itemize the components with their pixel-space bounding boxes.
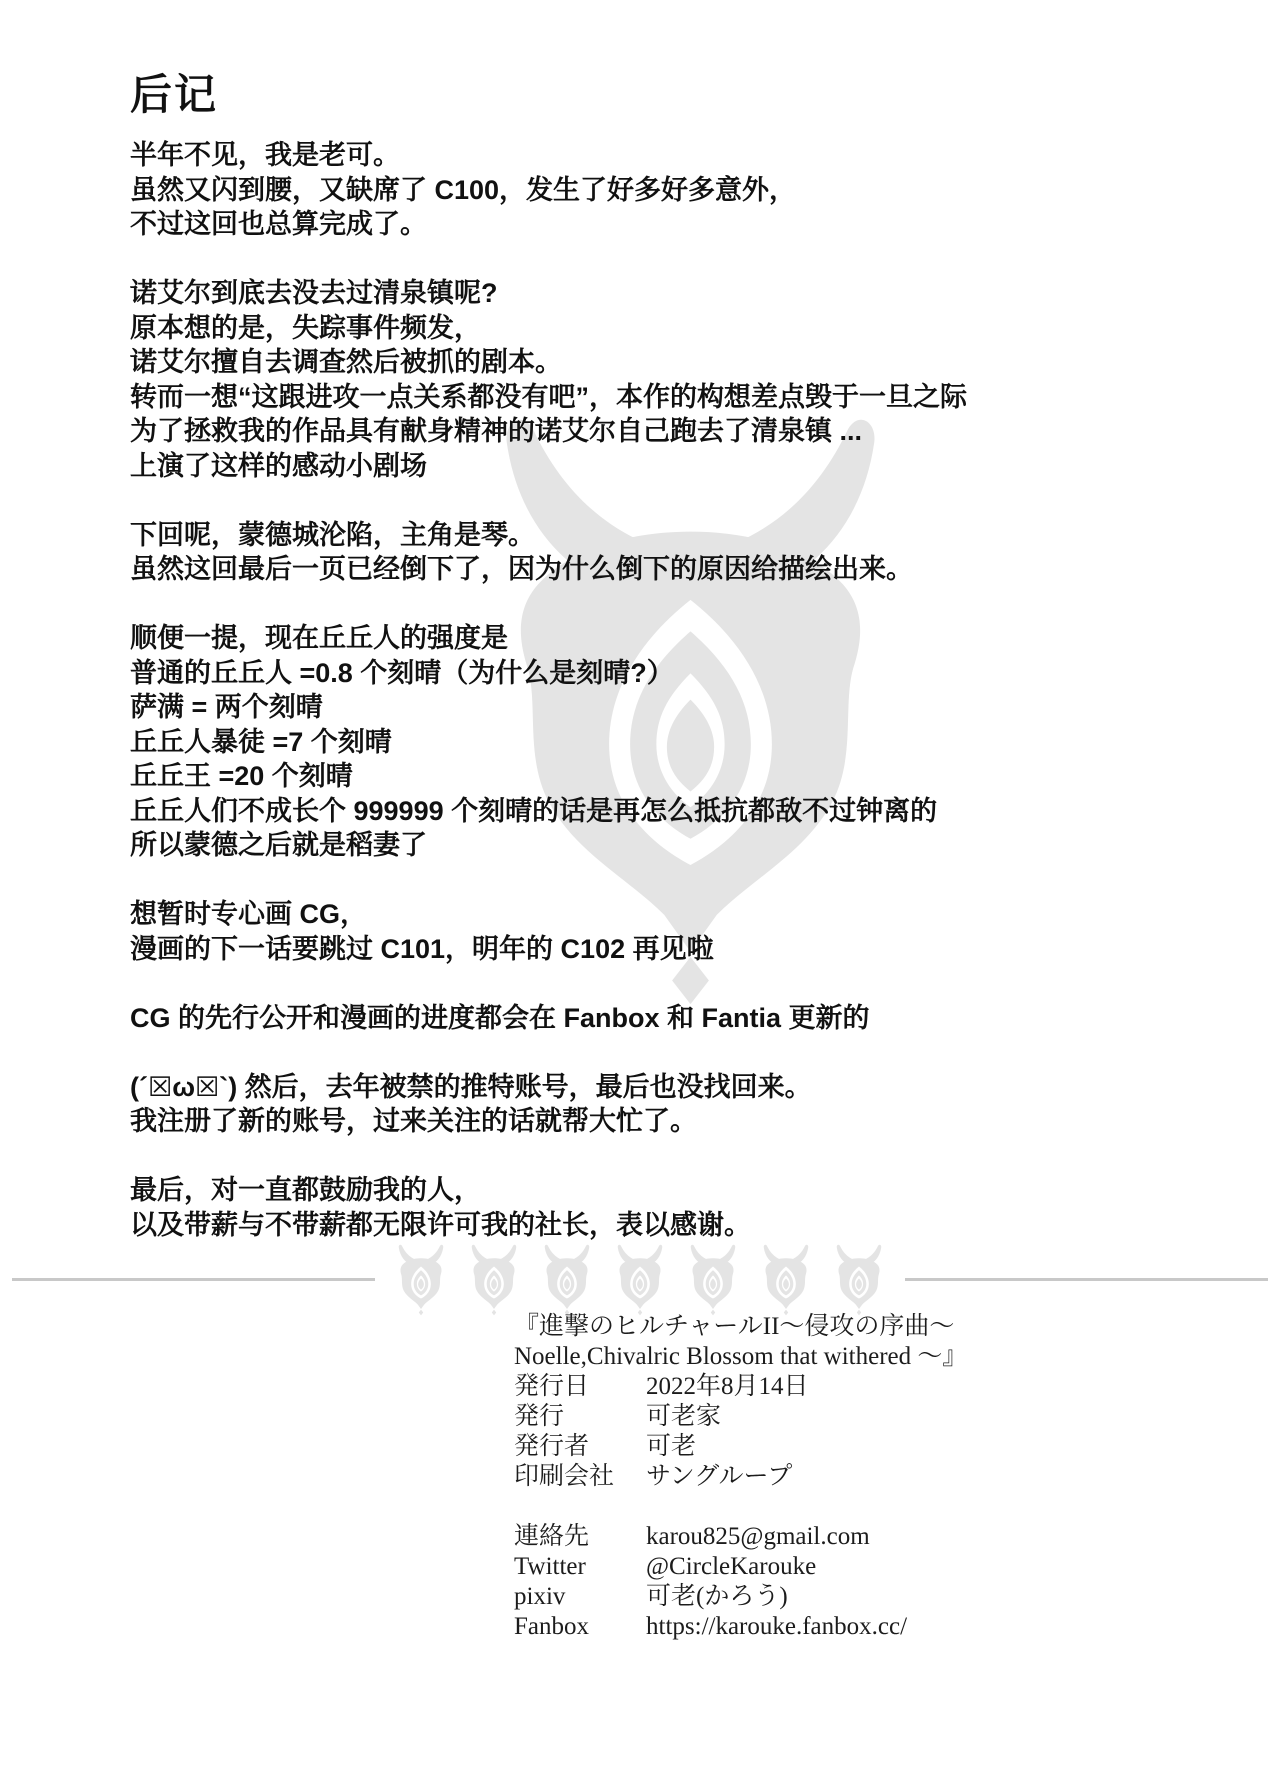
hilichurl-mask-icon — [681, 1243, 745, 1316]
book-title-line-1: 『進撃のヒルチャールII〜侵攻の序曲〜 — [514, 1312, 967, 1342]
book-title-line-2: Noelle,Chivalric Blossom that withered 〜… — [514, 1342, 967, 1372]
colophon-value: karou825@gmail.com — [646, 1522, 870, 1552]
blank-line — [130, 483, 1240, 518]
body-text-line: 萨满 = 两个刻晴 — [130, 690, 1240, 725]
afterword-page: 后记 半年不见，我是老可。虽然又闪到腰，又缺席了 C100，发生了好多好多意外，… — [0, 0, 1280, 1785]
hilichurl-mask-icon — [608, 1243, 672, 1316]
body-text-line: 丘丘人暴徒 =7 个刻晴 — [130, 725, 1240, 760]
colophon-title: 『進撃のヒルチャールII〜侵攻の序曲〜 Noelle,Chivalric Blo… — [514, 1312, 967, 1372]
colophon-label: 印刷会社 — [514, 1462, 646, 1492]
body-text-line: CG 的先行公开和漫画的进度都会在 Fanbox 和 Fantia 更新的 — [130, 1001, 1240, 1036]
colophon-block: 発行日2022年8月14日発行可老家発行者可老印刷会社サングループ — [514, 1372, 967, 1492]
body-text-line: 顺便一提，现在丘丘人的强度是 — [130, 621, 1240, 656]
blank-line — [130, 863, 1240, 898]
colophon-label: 発行 — [514, 1402, 646, 1432]
colophon-label: 発行者 — [514, 1432, 646, 1462]
blank-line — [130, 1139, 1240, 1174]
colophon-label: pixiv — [514, 1582, 646, 1612]
colophon-value: 可老(かろう) — [646, 1582, 788, 1612]
body-text-line: 上演了这样的感动小剧场 — [130, 449, 1240, 484]
body-text-line: 虽然这回最后一页已经倒下了，因为什么倒下的原因给描绘出来。 — [130, 552, 1240, 587]
colophon-label: 発行日 — [514, 1372, 646, 1402]
body-text-line: 不过这回也总算完成了。 — [130, 207, 1240, 242]
colophon-label: Fanbox — [514, 1612, 646, 1642]
hilichurl-mask-icon — [535, 1243, 599, 1316]
hilichurl-mask-icon — [389, 1243, 453, 1316]
body-text-line: 诺艾尔擅自去调查然后被抓的剧本。 — [130, 345, 1240, 380]
colophon-row: 発行者可老 — [514, 1432, 967, 1462]
colophon-row: Twitter@CircleKarouke — [514, 1552, 967, 1582]
colophon-value: 可老 — [646, 1432, 696, 1462]
body-text-line: 丘丘人们不成长个 999999 个刻晴的话是再怎么抵抗都敌不过钟离的 — [130, 794, 1240, 829]
colophon-row: 印刷会社サングループ — [514, 1462, 967, 1492]
body-text-line: 诺艾尔到底去没去过清泉镇呢? — [130, 276, 1240, 311]
colophon-block: 連絡先karou825@gmail.comTwitter@CircleKarou… — [514, 1522, 967, 1642]
colophon-value: サングループ — [646, 1462, 792, 1492]
blank-line — [130, 1035, 1240, 1070]
body-text-line: 半年不见，我是老可。 — [130, 138, 1240, 173]
afterword-body: 半年不见，我是老可。虽然又闪到腰，又缺席了 C100，发生了好多好多意外，不过这… — [130, 138, 1240, 1242]
body-text-line: 下回呢，蒙德城沦陷，主角是琴。 — [130, 518, 1240, 553]
hilichurl-mask-icon — [754, 1243, 818, 1316]
hilichurl-mask-icon — [462, 1243, 526, 1316]
blank-line — [130, 242, 1240, 277]
colophon-value: @CircleKarouke — [646, 1552, 816, 1582]
colophon-row: pixiv可老(かろう) — [514, 1582, 967, 1612]
body-text-line: 以及带薪与不带薪都无限许可我的社长，表以感谢。 — [130, 1208, 1240, 1243]
colophon-value: 2022年8月14日 — [646, 1372, 809, 1402]
colophon-value: 可老家 — [646, 1402, 721, 1432]
colophon-label: 連絡先 — [514, 1522, 646, 1552]
body-text-line: 我注册了新的账号，过来关注的话就帮大忙了。 — [130, 1104, 1240, 1139]
colophon-row: 発行日2022年8月14日 — [514, 1372, 967, 1402]
divider-mask-row — [389, 1243, 891, 1316]
body-text-line: 虽然又闪到腰，又缺席了 C100，发生了好多好多意外， — [130, 173, 1240, 208]
blank-line — [130, 587, 1240, 622]
body-text-line: 丘丘王 =20 个刻晴 — [130, 759, 1240, 794]
body-text-line: 漫画的下一话要跳过 C101，明年的 C102 再见啦 — [130, 932, 1240, 967]
hilichurl-mask-icon — [827, 1243, 891, 1316]
body-text-line: 最后，对一直都鼓励我的人， — [130, 1173, 1240, 1208]
colophon-value: https://karouke.fanbox.cc/ — [646, 1612, 907, 1642]
body-text-line: 原本想的是，失踪事件频发， — [130, 311, 1240, 346]
colophon-row: 発行可老家 — [514, 1402, 967, 1432]
body-text-line: 转而一想“这跟进攻一点关系都没有吧”，本作的构想差点毁于一旦之际 — [130, 380, 1240, 415]
colophon-row: 連絡先karou825@gmail.com — [514, 1522, 967, 1552]
page-title: 后记 — [130, 62, 218, 122]
body-text-line: 想暂时专心画 CG， — [130, 897, 1240, 932]
body-text-line: 普通的丘丘人 =0.8 个刻晴（为什么是刻晴?） — [130, 656, 1240, 691]
colophon-label: Twitter — [514, 1552, 646, 1582]
body-text-line: (´☒ω☒`) 然后，去年被禁的推特账号，最后也没找回来。 — [130, 1070, 1240, 1105]
body-text-line: 为了拯救我的作品具有献身精神的诺艾尔自己跑去了清泉镇 ... — [130, 414, 1240, 449]
blank-line — [130, 966, 1240, 1001]
section-divider — [12, 1240, 1268, 1318]
divider-line-left — [12, 1278, 375, 1281]
body-text-line: 所以蒙德之后就是稻妻了 — [130, 828, 1240, 863]
colophon-row: Fanboxhttps://karouke.fanbox.cc/ — [514, 1612, 967, 1642]
colophon-entries: 発行日2022年8月14日発行可老家発行者可老印刷会社サングループ連絡先karo… — [514, 1372, 967, 1642]
divider-line-right — [905, 1278, 1268, 1281]
colophon: 『進撃のヒルチャールII〜侵攻の序曲〜 Noelle,Chivalric Blo… — [514, 1312, 967, 1642]
